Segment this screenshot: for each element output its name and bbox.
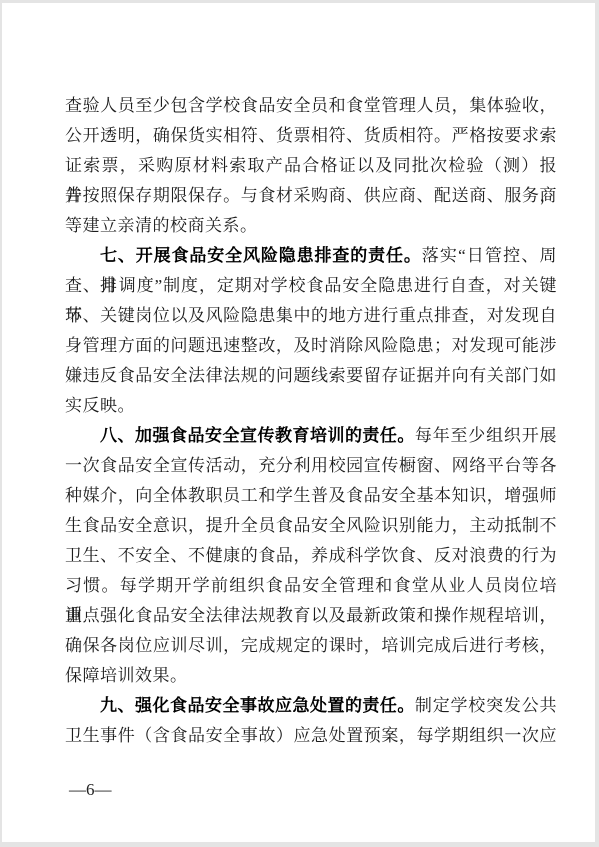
body-text: 一次食品安全宣传活动，充分利用校园宣传橱窗、网络平台等各 xyxy=(65,456,557,475)
text-line: 确保各岗位应训尽训，完成规定的课时，培训完成后进行考核， xyxy=(65,631,557,661)
text-line: 公开透明，确保货实相符、货票相符、货质相符。严格按要求索 xyxy=(65,121,557,151)
text-line: 七、开展食品安全风险隐患排查的责任。落实“日管控、周排 xyxy=(65,241,557,271)
text-line: 查验人员至少包含学校食品安全员和食堂管理人员，集体验收， xyxy=(65,91,557,121)
text-line: 种媒介，向全体教职员工和学生普及食品安全基本知识，增强师 xyxy=(65,481,557,511)
body-text: 公开透明，确保货实相符、货票相符、货质相符。严格按要求索 xyxy=(65,126,557,145)
paragraph: 八、加强食品安全宣传教育培训的责任。每年至少组织开展一次食品安全宣传活动，充分利… xyxy=(65,421,557,691)
paragraph: 七、开展食品安全风险隐患排查的责任。落实“日管控、周排查、月调度”制度，定期对学… xyxy=(65,241,557,421)
text-line: 一次食品安全宣传活动，充分利用校园宣传橱窗、网络平台等各 xyxy=(65,451,557,481)
text-line: 卫生事件（含食品安全事故）应急处置预案，每学期组织一次应 xyxy=(65,721,557,751)
text-line: 九、强化食品安全事故应急处置的责任。制定学校突发公共 xyxy=(65,691,557,721)
body-text: 身管理方面的问题迅速整改，及时消除风险隐患；对发现可能涉 xyxy=(65,336,557,355)
body-text: 制定学校突发公共 xyxy=(415,696,557,715)
text-line: 习惯。每学期开学前组织食品安全管理和食堂从业人员岗位培训， xyxy=(65,571,557,601)
body-text: 生食品安全意识，提升全员食品安全风险识别能力，主动抵制不 xyxy=(65,516,557,535)
text-line: 并按照保存期限保存。与食材采购商、供应商、配送商、服务商 xyxy=(65,181,557,211)
text-line: 实反映。 xyxy=(65,391,557,421)
paragraph: 九、强化食品安全事故应急处置的责任。制定学校突发公共卫生事件（含食品安全事故）应… xyxy=(65,691,557,751)
body-text: 种媒介，向全体教职员工和学生普及食品安全基本知识，增强师 xyxy=(65,486,557,505)
text-line: 查、月调度”制度，定期对学校食品安全隐患进行自查，对关键环 xyxy=(65,271,557,301)
body-text: 每年至少组织开展 xyxy=(415,426,557,445)
body-text: 确保各岗位应训尽训，完成规定的课时，培训完成后进行考核， xyxy=(65,636,557,655)
text-line: 节、关键岗位以及风险隐患集中的地方进行重点排查，对发现自 xyxy=(65,301,557,331)
body-text: 等建立亲清的校商关系。 xyxy=(65,216,258,235)
text-line: 生食品安全意识，提升全员食品安全风险识别能力，主动抵制不 xyxy=(65,511,557,541)
text-line: 证索票，采购原材料索取产品合格证以及同批次检验（测）报告， xyxy=(65,151,557,181)
section-heading: 七、开展食品安全风险隐患排查的责任。 xyxy=(100,246,422,265)
body-text: 重点强化食品安全法律法规教育以及最新政策和操作规程培训， xyxy=(65,606,557,625)
text-line: 嫌违反食品安全法律法规的问题线索要留存证据并向有关部门如 xyxy=(65,361,557,391)
body-text: 实反映。 xyxy=(65,396,135,415)
text-line: 身管理方面的问题迅速整改，及时消除风险隐患；对发现可能涉 xyxy=(65,331,557,361)
body-text: 卫生、不安全、不健康的食品，养成科学饮食、反对浪费的行为 xyxy=(65,546,557,565)
body-text: 卫生事件（含食品安全事故）应急处置预案，每学期组织一次应 xyxy=(65,726,557,745)
section-heading: 八、加强食品安全宣传教育培训的责任。 xyxy=(100,426,415,445)
body-text: 查验人员至少包含学校食品安全员和食堂管理人员，集体验收， xyxy=(65,96,557,115)
text-line: 卫生、不安全、不健康的食品，养成科学饮食、反对浪费的行为 xyxy=(65,541,557,571)
document-page: 查验人员至少包含学校食品安全员和食堂管理人员，集体验收，公开透明，确保货实相符、… xyxy=(2,3,595,842)
section-heading: 九、强化食品安全事故应急处置的责任。 xyxy=(100,696,415,715)
document-body: 查验人员至少包含学校食品安全员和食堂管理人员，集体验收，公开透明，确保货实相符、… xyxy=(65,91,557,751)
body-text: 并按照保存期限保存。与食材采购商、供应商、配送商、服务商 xyxy=(65,186,557,205)
body-text: 保障培训效果。 xyxy=(65,666,188,685)
text-line: 等建立亲清的校商关系。 xyxy=(65,211,557,241)
page-number: —6— xyxy=(69,779,112,801)
paragraph: 查验人员至少包含学校食品安全员和食堂管理人员，集体验收，公开透明，确保货实相符、… xyxy=(65,91,557,241)
text-line: 重点强化食品安全法律法规教育以及最新政策和操作规程培训， xyxy=(65,601,557,631)
body-text: 嫌违反食品安全法律法规的问题线索要留存证据并向有关部门如 xyxy=(65,366,557,385)
text-line: 八、加强食品安全宣传教育培训的责任。每年至少组织开展 xyxy=(65,421,557,451)
body-text: 节、关键岗位以及风险隐患集中的地方进行重点排查，对发现自 xyxy=(65,306,557,325)
text-line: 保障培训效果。 xyxy=(65,661,557,691)
